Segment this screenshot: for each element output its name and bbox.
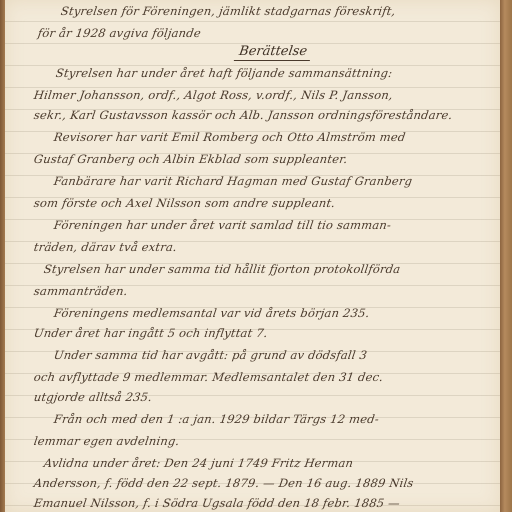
body-line: Andersson, f. född den 22 sept. 1879. — … bbox=[33, 476, 415, 490]
intro-line-2: för år 1928 avgiva följande bbox=[37, 26, 202, 40]
body-line: Styrelsen har under samma tid hållit fjo… bbox=[43, 262, 401, 276]
body-line: Avlidna under året: Den 24 juni 1749 Fri… bbox=[43, 456, 354, 470]
body-line: sekr., Karl Gustavsson kassör och Alb. J… bbox=[33, 108, 453, 122]
page-right-edge bbox=[500, 0, 512, 512]
body-line: Under året har ingått 5 och inflyttat 7. bbox=[33, 326, 269, 340]
body-line: sammanträden. bbox=[33, 284, 129, 298]
handwritten-page: Styrelsen för Föreningen, jämlikt stadga… bbox=[5, 0, 500, 512]
body-line: utgjorde alltså 235. bbox=[33, 390, 153, 404]
body-line: Emanuel Nilsson, f. i Södra Ugsala född … bbox=[33, 496, 401, 510]
body-line: som förste och Axel Nilsson som andre su… bbox=[33, 196, 336, 210]
body-line: Styrelsen har under året haft följande s… bbox=[55, 66, 393, 80]
document-title: Berättelse bbox=[234, 44, 312, 61]
body-line: Från och med den 1 :a jan. 1929 bildar T… bbox=[53, 412, 380, 426]
body-line: träden, därav två extra. bbox=[33, 240, 178, 254]
body-line: Hilmer Johansson, ordf., Algot Ross, v.o… bbox=[33, 88, 394, 102]
body-line: Revisorer har varit Emil Romberg och Ott… bbox=[53, 130, 407, 144]
body-line: Gustaf Granberg och Albin Ekblad som sup… bbox=[33, 152, 349, 166]
intro-line-1: Styrelsen för Föreningen, jämlikt stadga… bbox=[60, 4, 396, 18]
body-line: Fanbärare har varit Richard Hagman med G… bbox=[53, 174, 413, 188]
body-line: lemmar egen avdelning. bbox=[33, 434, 180, 448]
body-line: Under samma tid har avgått: på grund av … bbox=[53, 348, 368, 362]
body-line: och avflyttade 9 medlemmar. Medlemsantal… bbox=[33, 370, 384, 384]
body-line: Föreningens medlemsantal var vid årets b… bbox=[53, 306, 371, 320]
body-line: Föreningen har under året varit samlad t… bbox=[53, 218, 392, 232]
